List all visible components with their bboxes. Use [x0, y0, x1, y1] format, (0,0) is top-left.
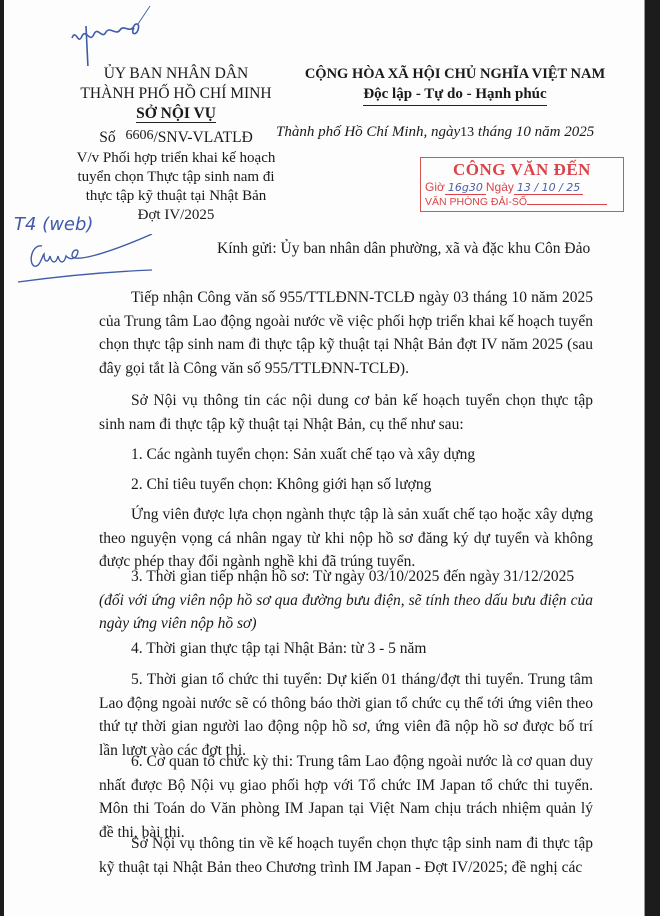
recipient-line: Kính gửi: Ủy ban nhân dân phường, xã và …	[217, 237, 590, 261]
list-item-3-note: (đối với ứng viên nộp hồ sơ qua đường bư…	[99, 589, 593, 636]
nation-block: CỘNG HÒA XÃ HỘI CHỦ NGHĨA VIỆT NAM Độc l…	[270, 64, 640, 106]
issuer-line-1: ỦY BAN NHÂN DÂN	[56, 64, 296, 84]
handwritten-signature-top	[64, 6, 154, 66]
paragraph-closing: Sở Nội vụ thông tin về kế hoạch tuyển ch…	[99, 832, 593, 879]
stamp-time-value: 16g30	[445, 181, 486, 195]
paragraph-info: Sở Nội vụ thông tin các nội dung cơ bản …	[99, 389, 593, 436]
document-number-value: 6606	[125, 128, 153, 143]
stamp-date-value: 13 / 10 / 25	[514, 181, 583, 195]
list-item-4: 4. Thời gian thực tập tại Nhật Bản: từ 3…	[99, 637, 593, 661]
paragraph-intro: Tiếp nhận Công văn số 955/TTLĐNN-TCLĐ ng…	[99, 286, 593, 380]
list-item-5: 5. Thời gian tổ chức thi tuyển: Dự kiến …	[99, 668, 593, 762]
list-item-3: 3. Thời gian tiếp nhận hồ sơ: Từ ngày 03…	[99, 565, 593, 636]
issuer-department: SỞ NỘI VỤ	[136, 105, 216, 123]
paragraph-candidates: Ứng viên được lựa chọn ngành thực tập là…	[99, 503, 593, 574]
stamp-office: VĂN PHÒNG ĐẢI-SỐ	[421, 195, 623, 210]
nation-title: CỘNG HÒA XÃ HỘI CHỦ NGHĨA VIỆT NAM	[270, 64, 640, 84]
stamp-title: CÔNG VĂN ĐẾN	[421, 160, 623, 180]
issuer-block: ỦY BAN NHÂN DÂN THÀNH PHỐ HỒ CHÍ MINH SỞ…	[56, 64, 296, 225]
received-stamp: CÔNG VĂN ĐẾN Giờ16g30Ngày13 / 10 / 25 VĂ…	[420, 157, 624, 212]
list-item-1: 1. Các ngành tuyển chọn: Sản xuất chế tạ…	[99, 443, 593, 467]
list-item-2: 2. Chỉ tiêu tuyển chọn: Không giới hạn s…	[99, 473, 593, 497]
issuer-line-2: THÀNH PHỐ HỒ CHÍ MINH	[56, 84, 296, 104]
place-date: Thành phố Hồ Chí Minh, ngày13 tháng 10 n…	[276, 124, 646, 141]
handwritten-note: T4 (web)	[14, 214, 93, 235]
nation-motto: Độc lập - Tự do - Hạnh phúc	[363, 86, 546, 106]
list-item-6: 6. Cơ quan tổ chức kỳ thi: Trung tâm Lao…	[99, 750, 593, 844]
document-number: Số 6606/SNV-VLATLĐ	[56, 128, 296, 149]
document-page: ỦY BAN NHÂN DÂN THÀNH PHỐ HỒ CHÍ MINH SỞ…	[4, 0, 645, 916]
stamp-time-date: Giờ16g30Ngày13 / 10 / 25	[421, 180, 623, 195]
handwritten-signature-bottom	[12, 234, 192, 294]
